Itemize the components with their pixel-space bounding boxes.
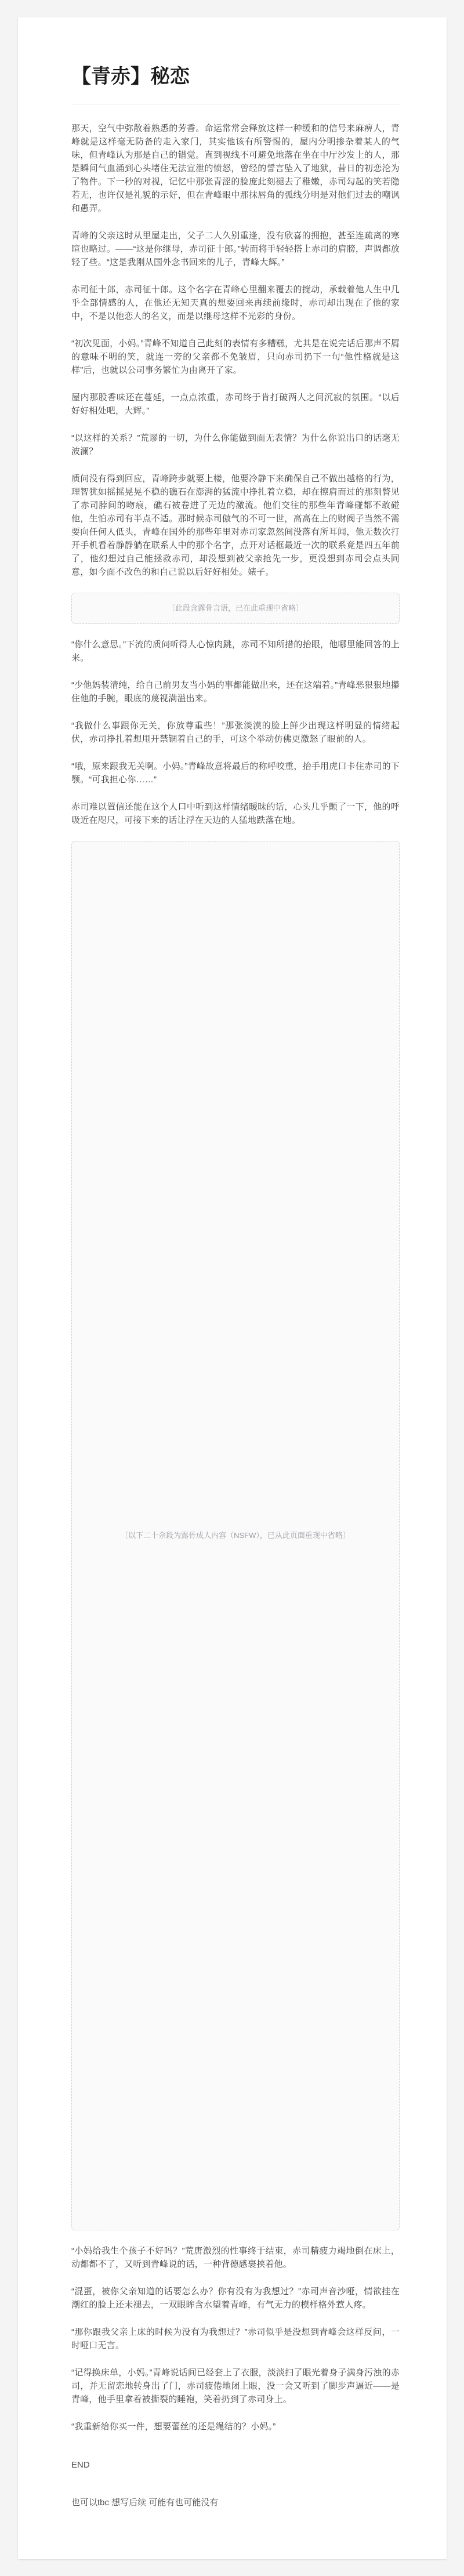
story-paragraph: “以这样的关系？”荒谬的一切，为什么你能做到面无表情？为什么你说出口的话毫无波澜… (71, 431, 400, 458)
story-paragraph: “我重新给你买一件，想要蕾丝的还是绳结的？小妈。” (71, 2420, 400, 2433)
end-marker: END (71, 2460, 400, 2470)
story-paragraph: 屋内那股香味还在蔓延，一点点浓重，赤司终于肯打破两人之间沉寂的氛围。“以后好好相… (71, 391, 400, 418)
story-title: 【青赤】秘恋 (71, 65, 400, 89)
story-paragraph: “混蛋，被你父亲知道的话要怎么办？你有没有为我想过？”赤司声音沙哑，情欲挂在潮红… (71, 2285, 400, 2312)
story-body: 那天，空气中弥散着熟悉的芳香。命运常常会释放这样一种缓和的信号来麻痹人，青峰就是… (71, 122, 400, 2447)
story-paragraph: 质问没有得到回应，青峰跨步就要上楼，他要冷静下来确保自己不做出越格的行为，理智犹… (71, 472, 400, 579)
document-card: 【青赤】秘恋 那天，空气中弥散着熟悉的芳香。命运常常会释放这样一种缓和的信号来麻… (18, 17, 447, 2559)
story-paragraph: “哦，原来跟我无关啊。小妈。”青峰故意将最后的称呼咬重，抬手用虎口卡住赤司的下颚… (71, 760, 400, 786)
title-divider (71, 104, 400, 104)
redaction-notice: 〔此段含露骨言语，已在此重现中省略〕 (71, 593, 400, 624)
story-paragraph: “记得换床单，小妈。”青峰说话间已经套上了衣服，淡淡扫了眼光着身子满身污浊的赤司… (71, 2366, 400, 2406)
story-paragraph: 赤司难以置信还能在这个人口中听到这样情绪暧昧的话，心头几乎颤了一下，他的呼吸近在… (71, 800, 400, 827)
page-background: { "header": { "title": "【青赤】秘恋" }, "docu… (0, 0, 464, 2576)
story-paragraph: “你什么意思。”下流的质问听得人心惊肉跳，赤司不知所措的抬眼，他哪里能回答的上来… (71, 638, 400, 665)
story-paragraph: 那天，空气中弥散着熟悉的芳香。命运常常会释放这样一种缓和的信号来麻痹人，青峰就是… (71, 122, 400, 215)
story-paragraph: 赤司征十郎，赤司征十郎。这个名字在青峰心里翻来覆去的搅动，承载着他人生中几乎全部… (71, 283, 400, 323)
footer-note: 也可以tbc 想写后续 可能有也可能没有 (71, 2496, 400, 2508)
story-paragraph: 青峰的父亲这时从里屋走出，父子二人久别重逢，没有欣喜的拥抱，甚至连疏离的寒暄也略… (71, 229, 400, 269)
story-paragraph: “初次见面，小妈。”青峰不知道自己此刻的表情有多糟糕，尤其是在说完话后那声不屑的… (71, 337, 400, 377)
story-paragraph: “少他妈装清纯，给自己前男友当小妈的事都能做出来，还在这端着。”青峰恶狠狠地攥住… (71, 679, 400, 705)
story-paragraph: “小妈给我生个孩子不好吗？”荒唐激烈的性事终于结束，赤司精疲力竭地倒在床上，动都… (71, 2244, 400, 2271)
story-paragraph: “那你跟我父亲上床的时候为没有为我想过？”赤司似乎是没想到青峰会这样反问，一时哑… (71, 2325, 400, 2352)
story-paragraph: “我做什么事跟你无关，你放尊重些！”那张淡漠的脸上鲜少出现这样明显的情绪起伏，赤… (71, 719, 400, 746)
redaction-notice: 〔以下二十余段为露骨成人内容（NSFW），已从此页面重现中省略〕 (71, 841, 400, 2230)
